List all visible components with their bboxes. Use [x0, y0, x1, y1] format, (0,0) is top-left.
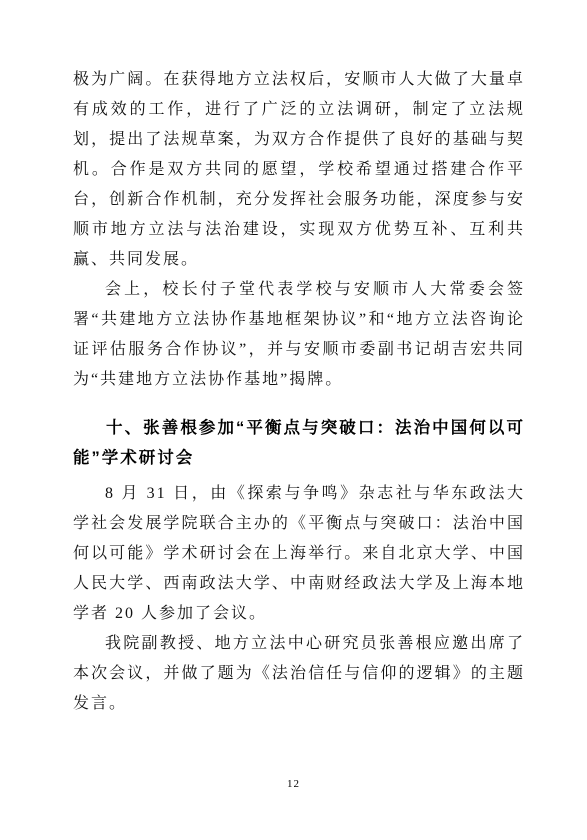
page-number: 12 [0, 778, 587, 790]
section-heading: 十、张善根参加“平衡点与突破口：法治中国何以可能”学术研讨会 [73, 413, 525, 473]
paragraph-speech: 我院副教授、地方立法中心研究员张善根应邀出席了本次会议，并做了题为《法治信任与信… [73, 629, 525, 719]
document-page: 极为广阔。在获得地方立法权后，安顺市人大做了大量卓有成效的工作，进行了广泛的立法… [0, 0, 587, 840]
paragraph-conference-intro: 8 月 31 日，由《探索与争鸣》杂志社与华东政法大学社会发展学院联合主办的《平… [73, 479, 525, 629]
paragraph-signing-ceremony: 会上，校长付子堂代表学校与安顺市人大常委会签署“共建地方立法协作基地框架协议”和… [73, 275, 525, 395]
paragraph-continuation: 极为广阔。在获得地方立法权后，安顺市人大做了大量卓有成效的工作，进行了广泛的立法… [73, 65, 525, 275]
document-body: 极为广阔。在获得地方立法权后，安顺市人大做了大量卓有成效的工作，进行了广泛的立法… [73, 65, 525, 719]
